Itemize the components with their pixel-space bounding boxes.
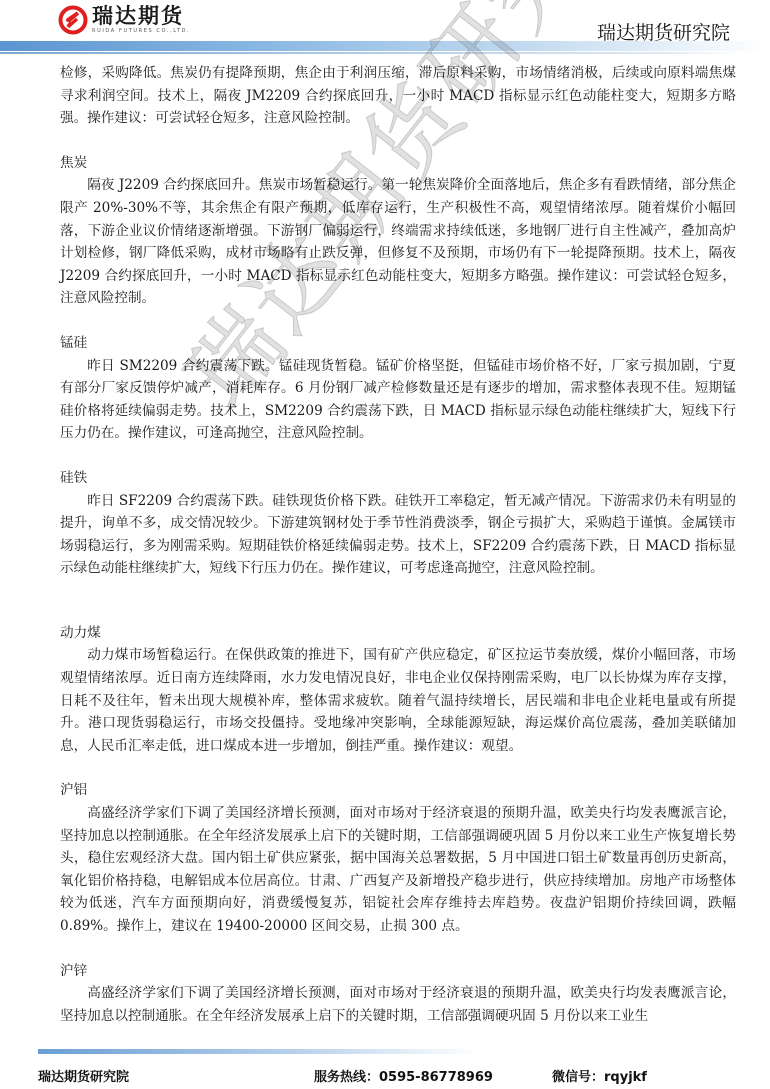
company-logo: 瑞达期货 RUIDA FUTURES CO.,LTD. [58, 4, 190, 35]
logo-english-name: RUIDA FUTURES CO.,LTD. [92, 28, 190, 35]
section-title: 锰硅 [60, 332, 736, 355]
section-ferrosilicon: 硅铁 昨日 SF2209 合约震荡下跌。硅铁现货价格下跌。硅铁开工率稳定，暂无减… [60, 467, 736, 580]
section-paragraph: 高盛经济学家们下调了美国经济增长预测，面对市场对于经济衰退的预期升温，欧美央行均… [60, 982, 736, 1027]
section-coke: 焦炭 隔夜 J2209 合约探底回升。焦炭市场暂稳运行。第一轮焦炭降价全面落地后… [60, 152, 736, 310]
header-gradient-bar [0, 41, 770, 51]
section-paragraph: 昨日 SF2209 合约震荡下跌。硅铁现货价格下跌。硅铁开工率稳定，暂无减产情况… [60, 490, 736, 580]
spacer [60, 602, 736, 622]
section-paragraph: 隔夜 J2209 合约探底回升。焦炭市场暂稳运行。第一轮焦炭降价全面落地后，焦企… [60, 174, 736, 310]
header-divider [0, 52, 740, 54]
section-silicon-manganese: 锰硅 昨日 SM2209 合约震荡下跌。锰硅现货暂稳。锰矿价格坚挺，但锰硅市场价… [60, 332, 736, 445]
footer-hotline: 服务热线：0595-86778969 [314, 1066, 493, 1085]
section-coking-coal-continued: 检修，采购降低。焦炭仍有提降预期，焦企由于利润压缩，滞后原料采购，市场情绪消极，… [60, 62, 736, 130]
section-title: 硅铁 [60, 467, 736, 490]
footer-gradient-bar [38, 1049, 478, 1054]
report-body: 检修，采购降低。焦炭仍有提降预期，焦企由于利润压缩，滞后原料采购，市场情绪消极，… [60, 62, 736, 1049]
section-title: 焦炭 [60, 152, 736, 175]
section-thermal-coal: 动力煤 动力煤市场暂稳运行。在保供政策的推进下，国有矿产供应稳定，矿区拉运节奏放… [60, 622, 736, 758]
footer-wechat-id: 微信号：rqyjkf [552, 1066, 647, 1085]
section-title: 动力煤 [60, 622, 736, 645]
section-paragraph: 检修，采购降低。焦炭仍有提降预期，焦企由于利润压缩，滞后原料采购，市场情绪消极，… [60, 62, 736, 130]
section-shanghai-zinc: 沪锌 高盛经济学家们下调了美国经济增长预测，面对市场对于经济衰退的预期升温，欧美… [60, 960, 736, 1028]
section-paragraph: 昨日 SM2209 合约震荡下跌。锰硅现货暂稳。锰矿价格坚挺，但锰硅市场价格不好… [60, 355, 736, 445]
page-header: 瑞达期货 RUIDA FUTURES CO.,LTD. 瑞达期货研究院 [0, 0, 770, 58]
section-shanghai-aluminum: 沪铝 高盛经济学家们下调了美国经济增长预测，面对市场对于经济衰退的预期升温，欧美… [60, 779, 736, 937]
section-paragraph: 动力煤市场暂稳运行。在保供政策的推进下，国有矿产供应稳定，矿区拉运节奏放缓，煤价… [60, 644, 736, 757]
page-footer: 瑞达期货研究院 服务热线：0595-86778969 微信号：rqyjkf [0, 1040, 770, 1089]
logo-chinese-name: 瑞达期货 [92, 4, 190, 28]
section-title: 沪铝 [60, 779, 736, 802]
ruida-logo-icon [58, 5, 88, 35]
section-title: 沪锌 [60, 960, 736, 983]
section-paragraph: 高盛经济学家们下调了美国经济增长预测，面对市场对于经济衰退的预期升温，欧美央行均… [60, 802, 736, 938]
footer-org-name: 瑞达期货研究院 [38, 1066, 129, 1085]
